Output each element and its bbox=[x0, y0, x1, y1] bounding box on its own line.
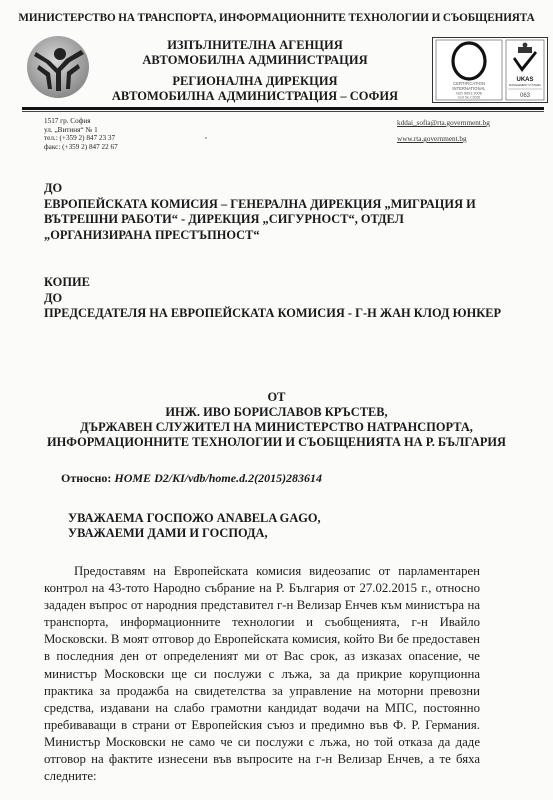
recipient-line-1: ЕВРОПЕЙСКАТА КОМИСИЯ – ГЕНЕРАЛНА ДИРЕКЦИ… bbox=[44, 197, 476, 213]
sender-position-cont: ИНФОРМАЦИОННИТЕ ТЕХНОЛОГИИ И СЪОБЩЕНИЯТА… bbox=[0, 435, 553, 450]
reference-line: Относно: HOME D2/KI/vdb/home.d.2(2015)28… bbox=[61, 471, 322, 486]
recipient-block: ДО ЕВРОПЕЙСКАТА КОМИСИЯ – ГЕНЕРАЛНА ДИРЕ… bbox=[44, 181, 476, 243]
agency-emblem-icon bbox=[26, 35, 90, 99]
copy-recipient-line: ПРЕДСЕДАТЕЛЯ НА ЕВРОПЕЙСКАТА КОМИСИЯ - Г… bbox=[44, 306, 501, 322]
to-label: ДО bbox=[44, 181, 476, 197]
reference-number: HOME D2/KI/vdb/home.d.2(2015)283614 bbox=[114, 471, 322, 485]
cert-line-4: Cert No C0026 bbox=[458, 96, 481, 100]
cert-line-2: INTERNATIONAL bbox=[452, 86, 486, 91]
ukas-number: 063 bbox=[520, 93, 531, 99]
certification-badges: CERTIFICATION INTERNATIONAL ISO 9001:200… bbox=[432, 37, 548, 103]
postal-address: 1517 гр. София ул. „Витиня“ № 1 тел.: (+… bbox=[44, 117, 118, 151]
ministry-header: МИНИСТЕРСТВО НА ТРАНСПОРТА, ИНФОРМАЦИОНН… bbox=[0, 12, 553, 24]
reference-label: Относно: bbox=[61, 471, 111, 485]
address-line-2: ул. „Витиня“ № 1 bbox=[44, 126, 118, 135]
copy-label: КОПИЕ bbox=[44, 275, 501, 291]
salutation-line-1: УВАЖАЕМА ГОСПОЖО ANABELA GAGO, bbox=[68, 511, 321, 526]
scan-speck bbox=[205, 137, 207, 139]
ukas-label: UKAS bbox=[516, 77, 533, 83]
website-link[interactable]: www.rta.government.bg bbox=[397, 135, 467, 143]
copy-to-label: ДО bbox=[44, 291, 501, 307]
header-divider bbox=[22, 107, 544, 110]
email-link[interactable]: kddai_sofia@rta.government.bg bbox=[397, 119, 490, 127]
salutation-line-2: УВАЖАЕМИ ДАМИ И ГОСПОДА, bbox=[68, 526, 321, 541]
agency-line-3: РЕГИОНАЛНА ДИРЕКЦИЯ bbox=[110, 74, 400, 89]
agency-line-1: ИЗПЪЛНИТЕЛНА АГЕНЦИЯ bbox=[110, 38, 400, 53]
sender-position: ДЪРЖАВЕН СЛУЖИТЕЛ НА МИНИСТЕРСТВО НАТРАН… bbox=[0, 420, 553, 435]
agency-line-2: АВТОМОБИЛНА АДМИНИСТРАЦИЯ bbox=[110, 53, 400, 68]
from-label: ОТ bbox=[0, 390, 553, 405]
agency-title: ИЗПЪЛНИТЕЛНА АГЕНЦИЯ АВТОМОБИЛНА АДМИНИС… bbox=[110, 38, 400, 104]
salutation: УВАЖАЕМА ГОСПОЖО ANABELA GAGO, УВАЖАЕМИ … bbox=[68, 511, 321, 541]
address-line-1: 1517 гр. София bbox=[44, 117, 118, 126]
phone-line: тел.: (+359 2) 847 23 37 bbox=[44, 134, 118, 143]
body-paragraph: Предоставям на Европейската комисия виде… bbox=[44, 563, 480, 785]
recipient-line-2: ВЪТРЕШНИ РАБОТИ“ - ДИРЕКЦИЯ „СИГУРНОСТ“,… bbox=[44, 212, 476, 228]
agency-line-4: АВТОМОБИЛНА АДМИНИСТРАЦИЯ – СОФИЯ bbox=[110, 89, 400, 104]
recipient-line-3: „ОРГАНИЗИРАНА ПРЕСТЪПНОСТ“ bbox=[44, 228, 476, 244]
header-divider-thin bbox=[22, 111, 544, 112]
fax-line: факс: (+359 2) 847 22 67 bbox=[44, 143, 118, 152]
sender-name: ИНЖ. ИВО БОРИСЛАВОВ КРЪСТЕВ, bbox=[0, 405, 553, 420]
copy-recipient-block: КОПИЕ ДО ПРЕДСЕДАТЕЛЯ НА ЕВРОПЕЙСКАТА КО… bbox=[44, 275, 501, 322]
sender-block: ОТ ИНЖ. ИВО БОРИСЛАВОВ КРЪСТЕВ, ДЪРЖАВЕН… bbox=[0, 390, 553, 450]
ukas-sub: MANAGEMENT SYSTEMS bbox=[509, 83, 541, 87]
